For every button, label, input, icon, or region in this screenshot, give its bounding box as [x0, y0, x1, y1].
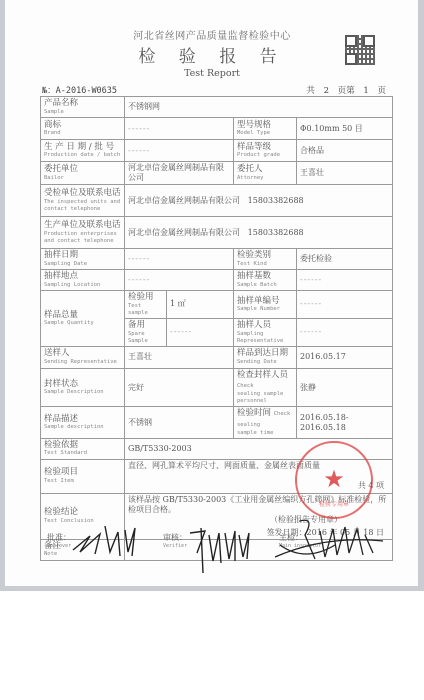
english-label: Sample Number [237, 306, 293, 313]
field-text: 15803382688 [248, 228, 304, 237]
field-text: 检验类别 [237, 250, 293, 261]
english-label: Test Standard [44, 450, 121, 457]
field-text: 封样状态 [44, 379, 121, 390]
english-label: Sample description [44, 424, 121, 431]
field-text: 生产单位及联系电话 [44, 220, 121, 231]
field-text: 产品名称 [44, 98, 121, 109]
table-cell: 委托人Attorney [234, 162, 297, 185]
field-text: 检验时间 Check sealing [237, 408, 293, 429]
field-text: 受检单位及联系电话 [44, 188, 121, 199]
field-text: 备用 [128, 320, 163, 331]
field-text: 检验依据 [44, 440, 121, 451]
table-cell: 不锈钢 [125, 407, 234, 438]
table-row: 抽样日期Sampling Date ------ 检验类别Test Kind 委… [41, 249, 393, 270]
attorney-value: 王喜壮 [297, 162, 393, 185]
star-icon: ★ [297, 465, 371, 493]
english-label: Model Type [237, 130, 293, 137]
table-cell: 检验类别Test Kind [234, 249, 297, 270]
test-kind-value: 委托检验 [297, 249, 393, 270]
label-cell: 产品名称Sample [41, 97, 125, 118]
table-row: 受检单位及联系电话The inspected units and contact… [41, 185, 393, 217]
field-text: 样品总量 [44, 310, 121, 321]
table-cell: 抽样人员Sampling Representative [234, 318, 297, 346]
field-text: 检验结论 [44, 507, 121, 518]
table-cell: 生产单位及联系电话Production enterprises and cont… [41, 217, 125, 249]
table-cell: 生 产 日 期 / 批 号Production date / batch [41, 140, 125, 162]
field-text: 河北卓信金属丝网制品有限公司 [128, 228, 240, 237]
table-row: 抽样地点Sampling Location ------ 抽样基数Sample … [41, 270, 393, 291]
production-date-value: ------ [125, 140, 234, 162]
table-row: 样品总量Sample Quantity 检验用Test sample 1 ㎡ 抽… [41, 291, 393, 319]
table-cell: 受检单位及联系电话The inspected units and contact… [41, 185, 125, 217]
english-label: Sample [44, 109, 121, 116]
test-sample-value: 1 ㎡ [167, 291, 234, 319]
table-row: 样品描述Sample description 不锈钢 检验时间 Check se… [41, 407, 393, 438]
production-unit-value: 河北卓信金属丝网制品有限公司 15803382688 [125, 217, 393, 249]
verifier-signature [185, 523, 255, 578]
field-text: 检验时间 [237, 408, 271, 418]
table-cell: 检验依据Test Standard [41, 438, 125, 459]
field-text [363, 35, 375, 47]
english-label: sample time [237, 430, 293, 437]
table-cell: 抽样日期Sampling Date [41, 249, 125, 270]
table-cell: 检验用Test sample [125, 291, 167, 319]
field-text: 生 产 日 期 / 批 号 [44, 142, 121, 153]
verifier-label: 审核：Verifier [163, 532, 187, 550]
field-text: 样品描述 [44, 414, 121, 425]
field-text: 检查封样人员 [237, 370, 288, 380]
field-text: 检验项目 [44, 467, 121, 478]
table-cell: 封样状态Sample Description [41, 368, 125, 407]
table-cell: ------ [167, 318, 234, 346]
report-subtitle: Test Report [0, 68, 424, 79]
table-cell: 检查封样人员 Checksealing sample personnel [234, 368, 297, 407]
table-row: 委托单位Bailor 河北卓信金属丝网制品有限公司 委托人Attorney 王喜… [41, 162, 393, 185]
field-text: 送样人 [44, 348, 121, 359]
table-cell: 型号规格Model Type [234, 118, 297, 140]
english-label: Sending Date [237, 359, 293, 366]
table-cell: 送样人Sending Representative [41, 346, 125, 368]
field-text: 15803382688 [248, 196, 304, 205]
english-label: Sending Representative [44, 359, 121, 366]
english-label: Test Item [44, 478, 121, 485]
field-text: 样品到达日期 [237, 348, 293, 359]
english-label: Approver [47, 543, 71, 550]
model-value: Φ0.10mm 50 目 [297, 118, 393, 140]
table-cell: ------ [297, 270, 393, 291]
table-cell: ------ [125, 270, 234, 291]
field-text: 委托人 [237, 164, 293, 175]
field-text: 检查封样人员 Check [237, 370, 293, 391]
brand-value: ------ [125, 118, 234, 140]
report-number: №：A-2016-W0635 [42, 84, 117, 96]
english-label: Test sample [128, 303, 163, 317]
sending-date-value: 2016.05.17 [297, 346, 393, 368]
page-info: 共 2 页第 1 页 [306, 84, 386, 96]
table-cell: 商标Brand [41, 118, 125, 140]
field-text [345, 35, 357, 47]
table-cell: 抽样地点Sampling Location [41, 270, 125, 291]
sample-value: 不锈钢网 [125, 97, 393, 118]
field-text: 审核： [163, 533, 187, 542]
approver-label: 批准：Approver [47, 532, 71, 550]
english-label: Check [237, 383, 254, 389]
english-label: Sample Batch [237, 282, 293, 289]
english-label: Production date / batch [44, 152, 121, 159]
field-text: 抽样单编号 [237, 296, 293, 307]
inspected-unit-value: 河北卓信金属丝网制品有限公司 15803382688 [125, 185, 393, 217]
table-cell: 备用Spare Sample [125, 318, 167, 346]
field-text: 抽样人员 [237, 320, 293, 331]
english-label: Test Kind [237, 261, 293, 268]
table-cell: ------ [125, 249, 234, 270]
table-cell: 检验项目Test Item [41, 459, 125, 493]
table-cell: 样品总量Sample Quantity [41, 291, 125, 347]
field-text: 抽样地点 [44, 271, 121, 282]
main-inspector-signature [275, 515, 385, 565]
approver-signature [70, 522, 145, 560]
table-cell: 抽样单编号Sample Number [234, 291, 297, 319]
english-label: Sampling Date [44, 261, 121, 268]
table-cell: 委托单位Bailor [41, 162, 125, 185]
field-text: 抽样日期 [44, 250, 121, 261]
table-row: 生 产 日 期 / 批 号Production date / batch ---… [41, 140, 393, 162]
field-text: 检验用 [128, 292, 163, 303]
english-label: Sample Quantity [44, 320, 121, 327]
english-label: Sampling Representative [237, 331, 293, 345]
english-label: Product grade [237, 152, 293, 159]
check-time-value: 2016.05.18-2016.05.18 [297, 407, 393, 438]
field-text: 型号规格 [237, 120, 293, 131]
english-label: Brand [44, 130, 121, 137]
qr-code-icon [345, 35, 375, 65]
english-label: Attorney [237, 175, 293, 182]
table-cell: 王喜壮 [125, 346, 234, 368]
table-cell: 样品等级Product grade [234, 140, 297, 162]
official-stamp: ★ 检验专用章 [295, 441, 373, 519]
table-row: 产品名称Sample 不锈钢网 [41, 97, 393, 118]
table-cell: ------ [297, 291, 393, 319]
english-label: sealing sample personnel [237, 391, 293, 405]
table-cell: ------ [297, 318, 393, 346]
field-text: 直径、网孔算术平均尺寸、网面质量、金属丝表面质量 [128, 461, 320, 470]
english-label: Verifier [163, 543, 187, 550]
table-cell: 样品到达日期Sending Date [234, 346, 297, 368]
english-label: Spare Sample [128, 331, 163, 345]
table-row: 生产单位及联系电话Production enterprises and cont… [41, 217, 393, 249]
product-grade-value: 合格品 [297, 140, 393, 162]
table-cell: 张静 [297, 368, 393, 407]
table-row: 送样人Sending Representative 王喜壮 样品到达日期Send… [41, 346, 393, 368]
table-row: 封样状态Sample Description 完好 检查封样人员 Checkse… [41, 368, 393, 407]
table-cell: 检验时间 Check sealingsample time [234, 407, 297, 438]
table-cell: 样品描述Sample description [41, 407, 125, 438]
table-cell: 完好 [125, 368, 234, 407]
field-text: 商标 [44, 120, 121, 131]
field-text: 批准： [47, 533, 71, 542]
english-label: Bailor [44, 175, 121, 182]
table-row: 商标Brand ------ 型号规格Model Type Φ0.10mm 50… [41, 118, 393, 140]
field-text: 委托单位 [44, 164, 121, 175]
field-text [345, 53, 357, 65]
english-label: Production enterprises and contact telep… [44, 231, 121, 245]
field-text: 样品等级 [237, 142, 293, 153]
english-label: Sampling Location [44, 282, 121, 289]
english-label: The inspected units and contact telephon… [44, 199, 121, 213]
field-text: 河北卓信金属丝网制品有限公司 [128, 196, 240, 205]
english-label: Sample Description [44, 389, 121, 396]
table-cell: 抽样基数Sample Batch [234, 270, 297, 291]
field-text: 抽样基数 [237, 271, 293, 282]
bailor-value: 河北卓信金属丝网制品有限公司 [125, 162, 234, 185]
